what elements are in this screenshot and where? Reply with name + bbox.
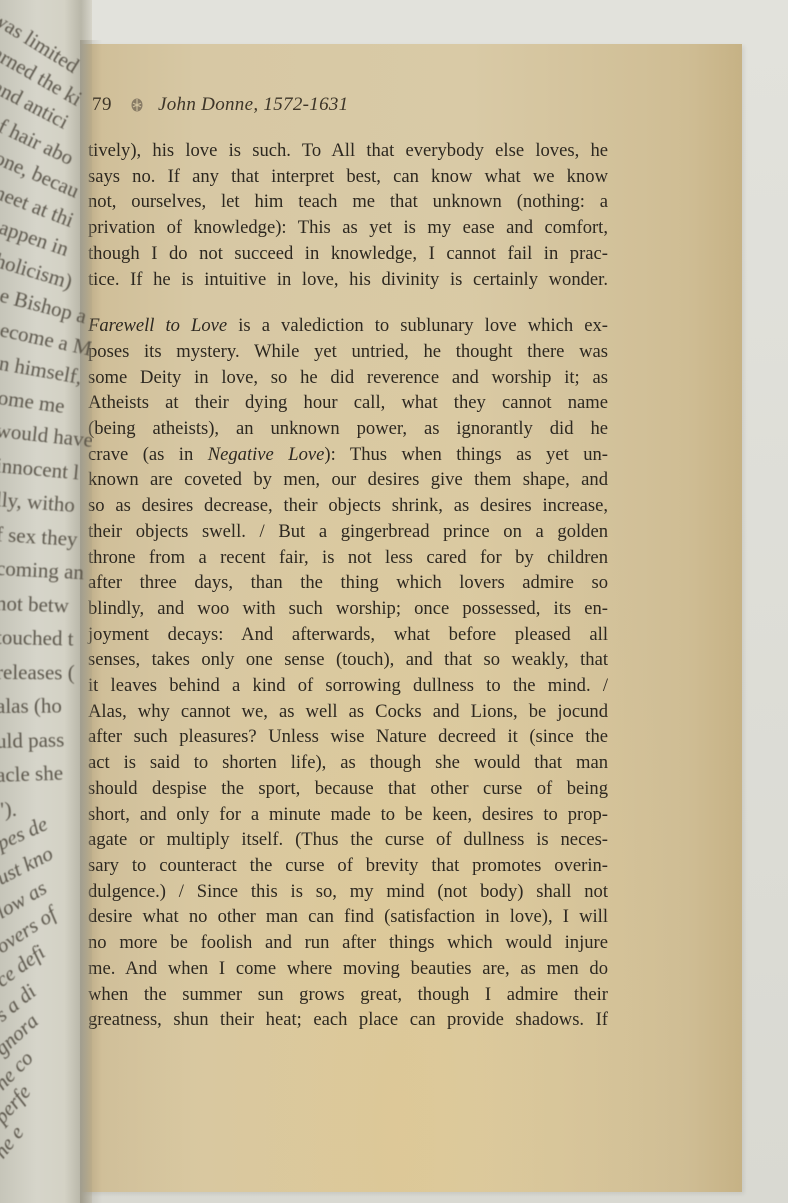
curled-page-text: f sex they [0, 522, 78, 552]
paragraph: tively), his love is such. To All that e… [88, 138, 608, 292]
text-segment: blindly, and woo with such worship; once… [88, 598, 608, 619]
text-segment: desire what no other man can find (satis… [88, 906, 608, 927]
text-segment: dulgence.) / Since this is so, my mind (… [88, 881, 608, 902]
text-line: agate or multiply itself. (Thus the curs… [88, 827, 608, 853]
text-line: tively), his love is such. To All that e… [88, 138, 608, 164]
text-line: dulgence.) / Since this is so, my mind (… [88, 879, 608, 905]
curled-page-text: some me [0, 384, 66, 419]
text-line: sary to counteract the curse of brevity … [88, 853, 608, 879]
curled-page-text: innocent l [0, 453, 80, 485]
text-line: greatness, shun their heat; each place c… [88, 1007, 608, 1033]
text-line: when the summer sun grows great, though … [88, 982, 608, 1008]
paragraph-gap [88, 292, 608, 313]
curled-page-text: "). [0, 796, 17, 822]
text-segment: tively), his love is such. To All that e… [88, 140, 608, 161]
text-line: known are coveted by men, our desires gi… [88, 467, 608, 493]
paragraph: Farewell to Love is a valediction to sub… [88, 313, 608, 1033]
text-line: should despise the sport, because that o… [88, 776, 608, 802]
text-line: so as desires decrease, their objects sh… [88, 493, 608, 519]
text-segment: tice. If he is intuitive in love, his di… [88, 269, 608, 290]
text-line: poses its mystery. While yet untried, he… [88, 339, 608, 365]
text-segment: act is said to shorten life), as though … [88, 752, 608, 773]
curled-page-text: touched t [0, 625, 74, 652]
curled-page-text: uld pass [0, 727, 64, 753]
text-line: desire what no other man can find (satis… [88, 904, 608, 930]
text-segment: is a valediction to sublunary love which… [227, 315, 608, 336]
text-line: act is said to shorten life), as though … [88, 750, 608, 776]
running-title: John Donne, 1572-1631 [158, 94, 348, 116]
text-segment: short, and only for a minute made to be … [88, 804, 608, 825]
text-segment: (being atheists), an unknown power, as i… [88, 418, 608, 439]
text-segment: Alas, why cannot we, as well as Cocks an… [88, 701, 608, 722]
text-line: not, ourselves, let him teach me that un… [88, 189, 608, 215]
text-segment: says no. If any that interpret best, can… [88, 166, 608, 187]
text-line: no more be foolish and run after things … [88, 930, 608, 956]
fleuron-ornament-icon [130, 97, 144, 113]
text-segment: should despise the sport, because that o… [88, 778, 608, 799]
text-segment: though I do not succeed in knowledge, I … [88, 243, 608, 264]
text-segment: their objects swell. / But a gingerbread… [88, 521, 608, 542]
curled-page-text: not betw [0, 591, 69, 619]
text-line: Farewell to Love is a valediction to sub… [88, 313, 608, 339]
text-segment: agate or multiply itself. (Thus the curs… [88, 829, 608, 850]
text-segment: so as desires decrease, their objects sh… [88, 495, 608, 516]
curled-page-text: lly, witho [0, 487, 76, 518]
curled-page-text: acle she [0, 761, 63, 788]
text-line: short, and only for a minute made to be … [88, 802, 608, 828]
text-line: (being atheists), an unknown power, as i… [88, 416, 608, 442]
text-line: me. And when I come where moving beautie… [88, 956, 608, 982]
text-line: crave (as in Negative Love): Thus when t… [88, 442, 608, 468]
text-line: joyment decays: And afterwards, what bef… [88, 622, 608, 648]
curled-adjacent-page: was limitedarned the kiand anticiof hair… [0, 0, 92, 1203]
text-segment: poses its mystery. While yet untried, he… [88, 341, 608, 362]
text-line: Atheists at their dying hour call, what … [88, 390, 608, 416]
text-segment: after such pleasures? Unless wise Nature… [88, 726, 608, 747]
text-segment: throne from a recent fair, is not less c… [88, 547, 608, 568]
text-line: privation of knowledge): This as yet is … [88, 215, 608, 241]
curled-page-text: would have [0, 418, 92, 453]
curled-page-text: releases ( [0, 660, 75, 686]
text-segment: not, ourselves, let him teach me that un… [88, 191, 608, 212]
text-line: though I do not succeed in knowledge, I … [88, 241, 608, 267]
text-line: blindly, and woo with such worship; once… [88, 596, 608, 622]
text-line: after such pleasures? Unless wise Nature… [88, 724, 608, 750]
text-segment: after three days, than the thing which l… [88, 572, 608, 593]
curled-page-text: coming an [0, 556, 85, 585]
text-line: senses, takes only one sense (touch), an… [88, 647, 608, 673]
curled-page-text: he e [0, 1120, 29, 1162]
text-segment: it leaves behind a kind of sorrowing dul… [88, 675, 608, 696]
text-line: after three days, than the thing which l… [88, 570, 608, 596]
text-segment: when the summer sun grows great, though … [88, 984, 608, 1005]
curled-page-shadow [80, 40, 102, 1203]
italic-title: Farewell to Love [88, 315, 227, 336]
text-line: it leaves behind a kind of sorrowing dul… [88, 673, 608, 699]
text-line: their objects swell. / But a gingerbread… [88, 519, 608, 545]
text-line: throne from a recent fair, is not less c… [88, 545, 608, 571]
text-segment: greatness, shun their heat; each place c… [88, 1009, 608, 1030]
running-head: 79 John Donne, 1572-1631 [92, 94, 348, 116]
text-segment: sary to counteract the curse of brevity … [88, 855, 608, 876]
body-text: tively), his love is such. To All that e… [88, 138, 608, 1033]
text-segment: some Deity in love, so he did reverence … [88, 367, 608, 388]
text-line: says no. If any that interpret best, can… [88, 164, 608, 190]
text-segment: privation of knowledge): This as yet is … [88, 217, 608, 238]
text-segment: senses, takes only one sense (touch), an… [88, 649, 608, 670]
curled-page-text: alas (ho [0, 694, 62, 719]
text-segment: me. And when I come where moving beautie… [88, 958, 608, 979]
text-segment: Atheists at their dying hour call, what … [88, 392, 608, 413]
text-segment: ): Thus when things as yet un- [324, 444, 608, 465]
text-segment: crave (as in [88, 444, 208, 465]
text-segment: joyment decays: And afterwards, what bef… [88, 624, 608, 645]
italic-title: Negative Love [208, 444, 325, 465]
text-line: tice. If he is intuitive in love, his di… [88, 267, 608, 293]
text-segment: no more be foolish and run after things … [88, 932, 608, 953]
text-segment: known are coveted by men, our desires gi… [88, 469, 608, 490]
text-line: some Deity in love, so he did reverence … [88, 365, 608, 391]
text-line: Alas, why cannot we, as well as Cocks an… [88, 699, 608, 725]
